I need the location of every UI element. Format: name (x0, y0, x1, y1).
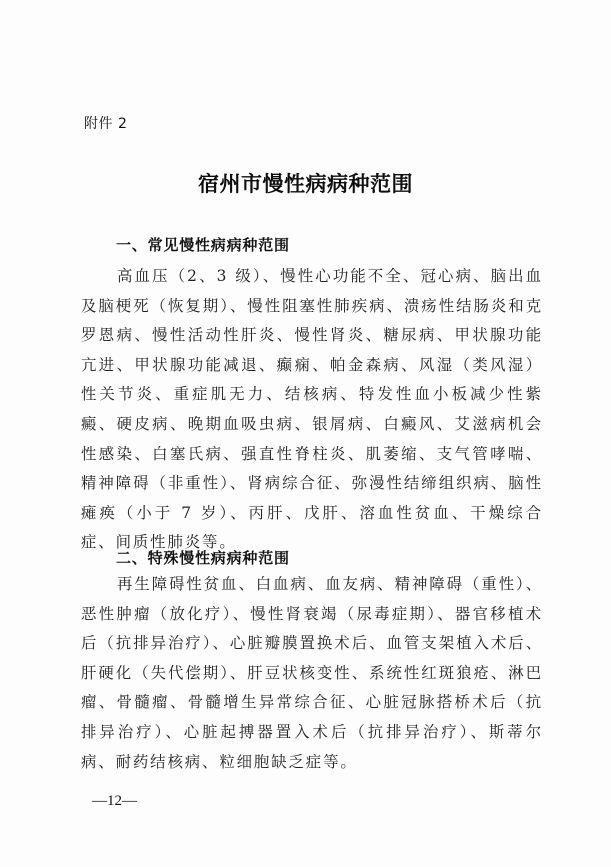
section-body-special: 再生障碍性贫血、白血病、血友病、精神障碍（重性）、恶性肿瘤（放化疗）、慢性肾衰竭… (81, 570, 543, 777)
document-page: 附件 2 宿州市慢性病病种范围 一、常见慢性病病种范围 高血压（2、3 级）、慢… (0, 0, 611, 867)
page-number: —12— (92, 792, 137, 810)
section-heading-special: 二、特殊慢性病病种范围 (116, 548, 290, 568)
document-title: 宿州市慢性病病种范围 (0, 170, 611, 198)
section-heading-common: 一、常见慢性病病种范围 (116, 235, 290, 255)
section-body-common: 高血压（2、3 级）、慢性心功能不全、冠心病、脑出血及脑梗死（恢复期）、慢性阻塞… (81, 262, 543, 558)
attachment-label: 附件 2 (84, 115, 127, 133)
